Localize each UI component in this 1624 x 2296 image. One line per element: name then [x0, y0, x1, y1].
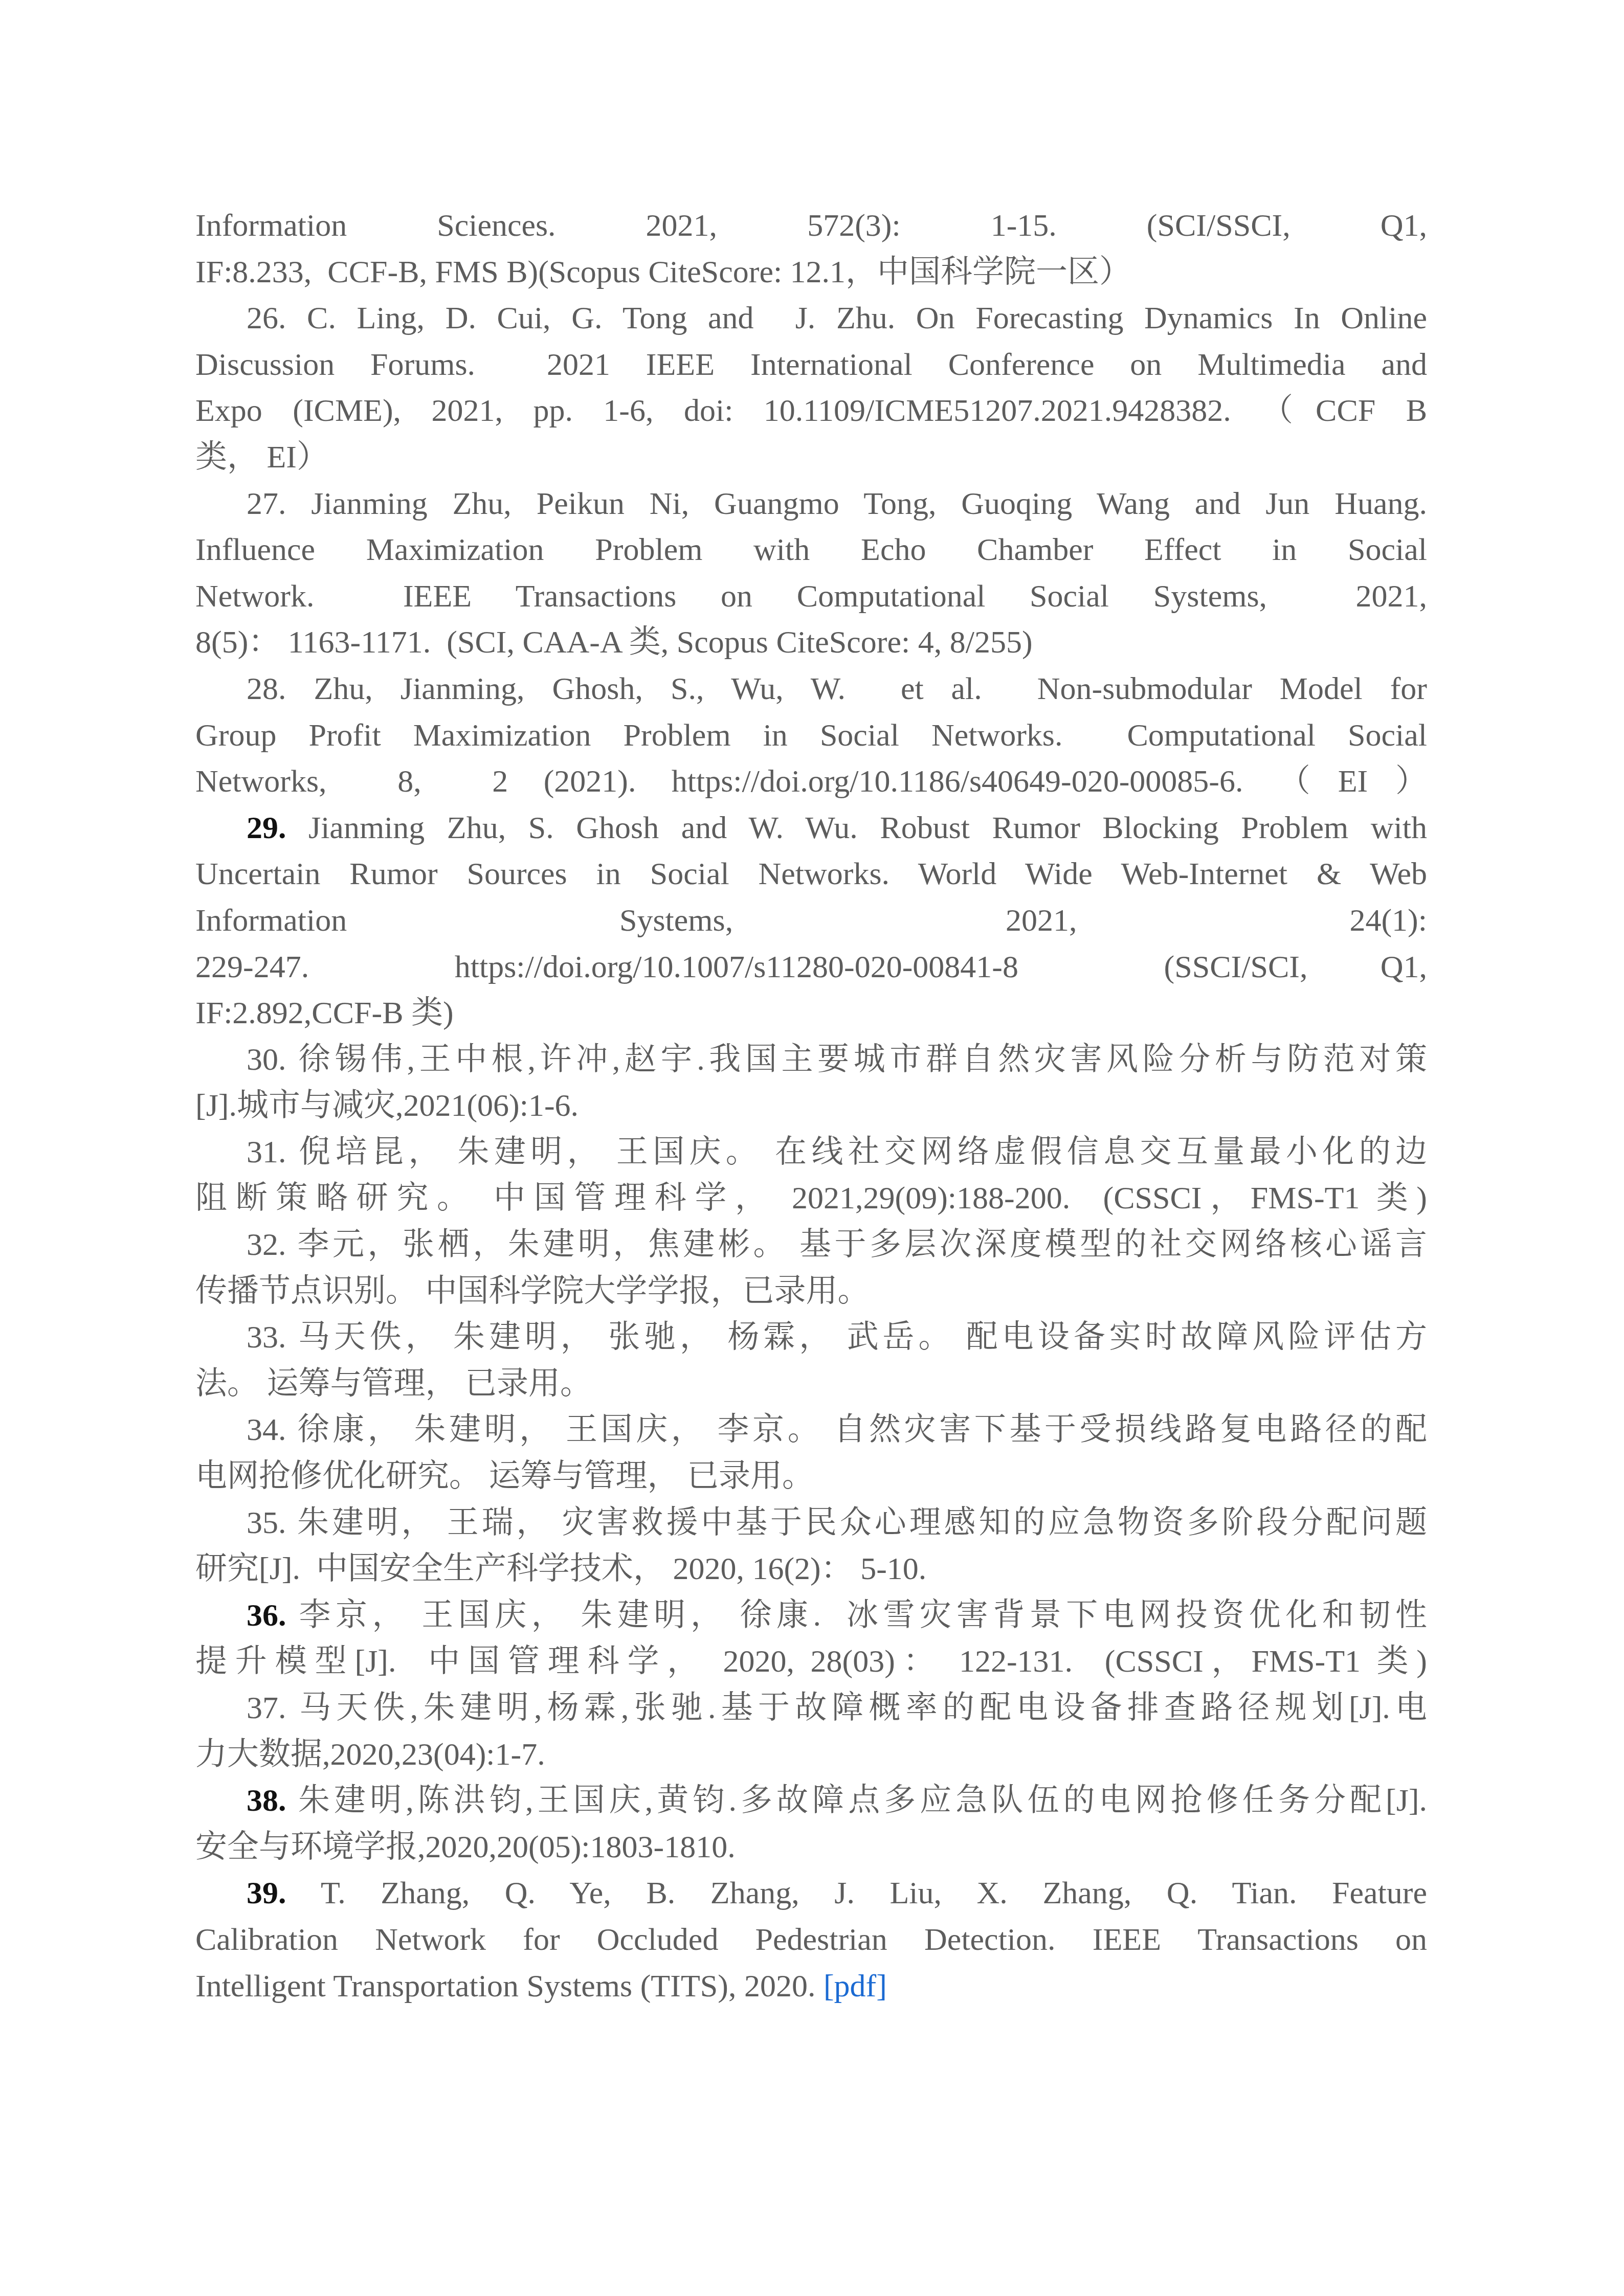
item-number: 27. [247, 486, 286, 521]
citation-text: 安全与环境学报,2020,20(05):1803-1810. [195, 1830, 736, 1864]
citation-text: Group Profit Maximization Problem in Soc… [195, 718, 1427, 753]
document-line: Uncertain Rumor Sources in Social Networ… [195, 851, 1427, 897]
citation-text: 徐康， 朱建明， 王国庆， 李京。 自然灾害下基于受损线路复电路径的配 [286, 1412, 1428, 1447]
item-number: 33. [247, 1320, 286, 1355]
document-line: Group Profit Maximization Problem in Soc… [195, 712, 1427, 759]
document-line: Networks, 8, 2 (2021). https://doi.org/1… [195, 758, 1427, 805]
document-line: IF:2.892,CCF-B 类) [195, 990, 1427, 1037]
citation-text: T. Zhang, Q. Ye, B. Zhang, J. Liu, X. Zh… [286, 1876, 1428, 1910]
citation-text: Calibration Network for Occluded Pedestr… [195, 1922, 1427, 1957]
item-number: 31. [247, 1135, 286, 1169]
pdf-link[interactable]: [pdf] [824, 1969, 887, 2004]
document-line: 传播节点识别。 中国科学院大学学报，已录用。 [195, 1268, 1427, 1315]
document-line: 力大数据,2020,23(04):1-7. [195, 1731, 1427, 1778]
document-page: { "page": { "background": "#ffffff", "te… [0, 0, 1624, 2296]
document-line: 35. 朱建明， 王瑞， 灾害救援中基于民众心理感知的应急物资多阶段分配问题 [195, 1500, 1427, 1546]
citation-text: 阻断策略研究。 中国管理科学， 2021,29(09):188-200. (CS… [195, 1181, 1427, 1215]
citation-text: C. Ling, D. Cui, G. Tong and J. Zhu. On … [286, 301, 1428, 335]
citation-text: Influence Maximization Problem with Echo… [195, 532, 1427, 567]
document-line: 32. 李元，张栖，朱建明，焦建彬。 基于多层次深度模型的社交网络核心谣言 [195, 1222, 1427, 1268]
document-line: Information Sciences. 2021, 572(3): 1-15… [195, 202, 1427, 249]
item-number: 32. [247, 1227, 286, 1262]
citation-text: Zhu, Jianming, Ghosh, S., Wu, W. et al. … [286, 671, 1428, 706]
citation-text: 马天佚， 朱建明， 张驰， 杨霖， 武岳。 配电设备实时故障风险评估方 [286, 1320, 1428, 1355]
document-body: Information Sciences. 2021, 572(3): 1-15… [195, 202, 1427, 2009]
citation-text: 李元，张栖，朱建明，焦建彬。 基于多层次深度模型的社交网络核心谣言 [286, 1227, 1428, 1262]
item-number: 36. [247, 1598, 286, 1633]
item-number: 28. [247, 671, 286, 706]
document-line: 阻断策略研究。 中国管理科学， 2021,29(09):188-200. (CS… [195, 1175, 1427, 1222]
citation-text: 马天佚,朱建明,杨霖,张驰.基于故障概率的配电设备排查路径规划[J].电 [286, 1691, 1428, 1725]
citation-text: Uncertain Rumor Sources in Social Networ… [195, 857, 1427, 891]
citation-text: 研究[J]. 中国安全生产科学技术， 2020, 16(2)： 5-10. [195, 1551, 926, 1586]
document-line: 28. Zhu, Jianming, Ghosh, S., Wu, W. et … [195, 666, 1427, 712]
item-number: 30. [247, 1042, 286, 1077]
document-line: 安全与环境学报,2020,20(05):1803-1810. [195, 1824, 1427, 1871]
citation-text: IF:2.892,CCF-B 类) [195, 996, 454, 1030]
citation-text: 类， EI） [195, 440, 328, 475]
document-line: 提升模型[J]. 中国管理科学， 2020, 28(03)： 122-131. … [195, 1638, 1427, 1685]
document-line: [J].城市与减灾,2021(06):1-6. [195, 1083, 1427, 1129]
citation-text: 提升模型[J]. 中国管理科学， 2020, 28(03)： 122-131. … [195, 1644, 1427, 1679]
citation-text: Jianming Zhu, Peikun Ni, Guangmo Tong, G… [286, 486, 1428, 521]
document-line: Information Systems, 2021, 24(1): [195, 897, 1427, 944]
document-line: 26. C. Ling, D. Cui, G. Tong and J. Zhu.… [195, 295, 1427, 342]
item-number: 29. [247, 811, 286, 845]
document-line: Calibration Network for Occluded Pedestr… [195, 1917, 1427, 1963]
document-line: 30. 徐锡伟,王中根,许冲,赵宇.我国主要城市群自然灾害风险分析与防范对策 [195, 1037, 1427, 1083]
citation-text: Jianming Zhu, S. Ghosh and W. Wu. Robust… [286, 811, 1428, 845]
document-line: 法。 运筹与管理， 已录用。 [195, 1361, 1427, 1407]
citation-text: 229-247. https://doi.org/10.1007/s11280-… [195, 950, 1427, 984]
item-number: 39. [247, 1876, 286, 1910]
item-number: 34. [247, 1412, 286, 1447]
page-canvas: Information Sciences. 2021, 572(3): 1-15… [0, 0, 1624, 2296]
citation-text: 李京， 王国庆， 朱建明， 徐康. 冰雪灾害背景下电网投资优化和韧性 [286, 1598, 1428, 1633]
document-line: 38. 朱建明,陈洪钧,王国庆,黄钧.多故障点多应急队伍的电网抢修任务分配[J]… [195, 1777, 1427, 1824]
document-line: 31. 倪培昆， 朱建明， 王国庆。 在线社交网络虚假信息交互量最小化的边 [195, 1129, 1427, 1176]
citation-text: 电网抢修优化研究。 运筹与管理， 已录用。 [195, 1459, 814, 1494]
document-line: 34. 徐康， 朱建明， 王国庆， 李京。 自然灾害下基于受损线路复电路径的配 [195, 1407, 1427, 1453]
item-number: 37. [247, 1691, 286, 1725]
document-line: 27. Jianming Zhu, Peikun Ni, Guangmo Ton… [195, 481, 1427, 527]
citation-text: 8(5)： 1163-1171. (SCI, CAA-A 类, Scopus C… [195, 625, 1033, 660]
citation-text: 徐锡伟,王中根,许冲,赵宇.我国主要城市群自然灾害风险分析与防范对策 [286, 1042, 1428, 1077]
citation-text: 朱建明,陈洪钧,王国庆,黄钧.多故障点多应急队伍的电网抢修任务分配[J]. [286, 1783, 1428, 1818]
document-line: Intelligent Transportation Systems (TITS… [195, 1963, 1427, 2010]
item-number: 26. [247, 301, 286, 335]
document-line: 类， EI） [195, 434, 1427, 481]
document-line: 29. Jianming Zhu, S. Ghosh and W. Wu. Ro… [195, 805, 1427, 851]
citation-text: Information Systems, 2021, 24(1): [195, 903, 1427, 938]
citation-text: 力大数据,2020,23(04):1-7. [195, 1737, 545, 1772]
citation-text: Discussion Forums. 2021 IEEE Internation… [195, 347, 1427, 382]
item-number: 35. [247, 1505, 286, 1540]
citation-text: Information Sciences. 2021, 572(3): 1-15… [195, 208, 1427, 243]
citation-text: [J].城市与减灾,2021(06):1-6. [195, 1088, 579, 1123]
document-line: Discussion Forums. 2021 IEEE Internation… [195, 342, 1427, 388]
document-line: 研究[J]. 中国安全生产科学技术， 2020, 16(2)： 5-10. [195, 1546, 1427, 1592]
document-line: Influence Maximization Problem with Echo… [195, 527, 1427, 573]
document-line: IF:8.233, CCF-B, FMS B)(Scopus CiteScore… [195, 249, 1427, 296]
citation-text: IF:8.233, CCF-B, FMS B)(Scopus CiteScore… [195, 255, 1131, 289]
citation-text: Intelligent Transportation Systems (TITS… [195, 1969, 824, 2004]
citation-text: 法。 运筹与管理， 已录用。 [195, 1366, 592, 1401]
document-line: 36. 李京， 王国庆， 朱建明， 徐康. 冰雪灾害背景下电网投资优化和韧性 [195, 1592, 1427, 1639]
document-line: 229-247. https://doi.org/10.1007/s11280-… [195, 944, 1427, 991]
document-line: 电网抢修优化研究。 运筹与管理， 已录用。 [195, 1453, 1427, 1500]
citation-text: Expo (ICME), 2021, pp. 1-6, doi: 10.1109… [195, 393, 1427, 428]
citation-text: 朱建明， 王瑞， 灾害救援中基于民众心理感知的应急物资多阶段分配问题 [286, 1505, 1428, 1540]
item-number: 38. [247, 1783, 286, 1818]
document-line: Expo (ICME), 2021, pp. 1-6, doi: 10.1109… [195, 388, 1427, 434]
document-line: Network. IEEE Transactions on Computatio… [195, 573, 1427, 620]
citation-text: Network. IEEE Transactions on Computatio… [195, 579, 1427, 614]
citation-text: Networks, 8, 2 (2021). https://doi.org/1… [195, 764, 1427, 799]
document-line: 33. 马天佚， 朱建明， 张驰， 杨霖， 武岳。 配电设备实时故障风险评估方 [195, 1314, 1427, 1361]
document-line: 37. 马天佚,朱建明,杨霖,张驰.基于故障概率的配电设备排查路径规划[J].电 [195, 1685, 1427, 1731]
document-line: 39. T. Zhang, Q. Ye, B. Zhang, J. Liu, X… [195, 1870, 1427, 1917]
citation-text: 倪培昆， 朱建明， 王国庆。 在线社交网络虚假信息交互量最小化的边 [286, 1135, 1428, 1169]
citation-text: 传播节点识别。 中国科学院大学学报，已录用。 [195, 1274, 870, 1309]
document-line: 8(5)： 1163-1171. (SCI, CAA-A 类, Scopus C… [195, 619, 1427, 666]
